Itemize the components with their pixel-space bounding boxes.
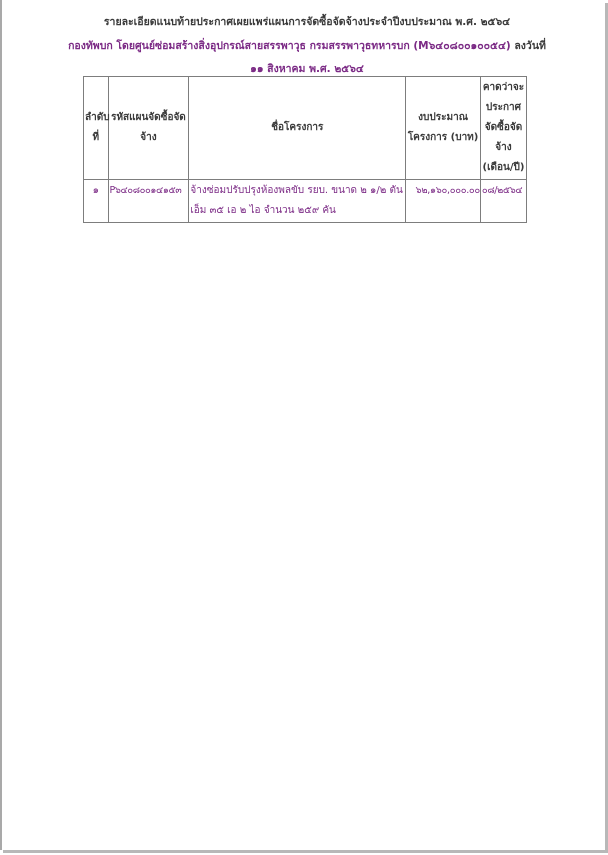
cell-no: ๑ <box>84 180 109 223</box>
procurement-plan-table: ลำดับที่ รหัสแผนจัดซื้อจัดจ้าง ชื่อโครงก… <box>83 76 527 223</box>
cell-budget: ๖๒,๑๖๐,๐๐๐.๐๐ <box>406 180 481 223</box>
header-expected-announce: คาดว่าจะประกาศจัดซื้อจัดจ้าง (เดือน/ปี) <box>480 77 526 180</box>
header-project-name: ชื่อโครงการ <box>189 77 406 180</box>
header-budget: งบประมาณโครงการ (บาท) <box>406 77 481 180</box>
table-header-row: ลำดับที่ รหัสแผนจัดซื้อจัดจ้าง ชื่อโครงก… <box>84 77 527 180</box>
document-date: ๑๑ สิงหาคม พ.ศ. ๒๕๖๔ <box>62 60 552 77</box>
organization-name: กองทัพบก โดยศูนย์ซ่อมสร้างสิ่งอุปกรณ์สาย… <box>68 40 511 52</box>
table-row: ๑ P๖๔๐๘๐๐๑๔๑๕๓ จ้างซ่อมปรับปรุงห้องพลขับ… <box>84 180 527 223</box>
cell-project-name: จ้างซ่อมปรับปรุงห้องพลขับ รยบ. ขนาด ๒ ๑/… <box>189 180 406 223</box>
document-page: รายละเอียดแนบท้ายประกาศเผยแพร่แผนการจัดซ… <box>0 0 605 850</box>
header-plan-code: รหัสแผนจัดซื้อจัดจ้าง <box>108 77 189 180</box>
header-no: ลำดับที่ <box>84 77 109 180</box>
cell-plan-code: P๖๔๐๘๐๐๑๔๑๕๓ <box>108 180 189 223</box>
dated-label: ลงวันที่ <box>511 40 546 52</box>
document-title: รายละเอียดแนบท้ายประกาศเผยแพร่แผนการจัดซ… <box>62 13 552 30</box>
cell-expected-announce: ๐๘/๒๕๖๔ <box>480 180 526 223</box>
document-subtitle: กองทัพบก โดยศูนย์ซ่อมสร้างสิ่งอุปกรณ์สาย… <box>62 37 552 54</box>
